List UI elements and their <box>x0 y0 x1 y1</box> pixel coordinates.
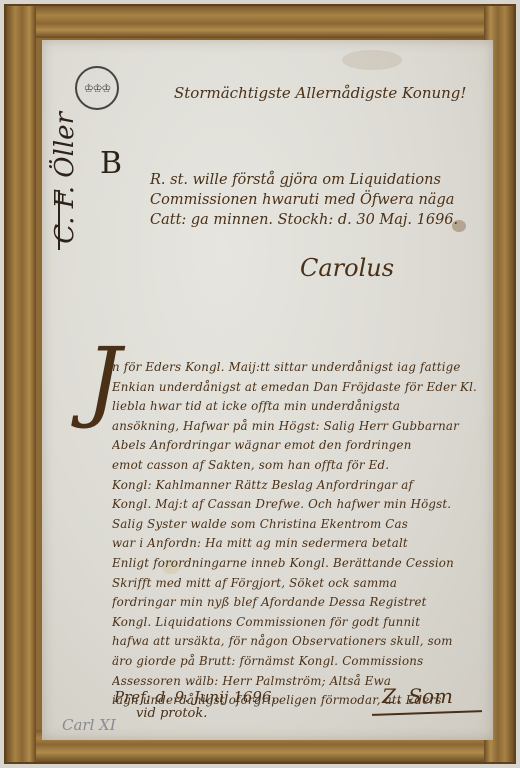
body-line: äro giorde på Brutt: förnämst Kongl. Com… <box>112 652 487 672</box>
body-line: Enligt forordningarne inneb Kongl. Berät… <box>112 554 487 574</box>
body-line: ansökning, Hafwar på min Högst: Salig He… <box>112 417 487 437</box>
three-crowns-icon: ♔♔♔ <box>84 82 111 95</box>
letter-body: n för Eders Kongl. Maij:tt sittar underd… <box>112 358 487 711</box>
body-line: Abels Anfordringar wägnar emot den fordr… <box>112 436 487 456</box>
frame-top-rail <box>6 6 514 38</box>
margin-letter: B <box>100 146 122 181</box>
body-line: fordringar min nyß blef Afordande Dessa … <box>112 593 487 613</box>
pencil-annotation: Carl XI <box>62 716 116 734</box>
body-line: Kongl. Liquidations Commissionen för god… <box>112 613 487 633</box>
resolution-line: Catt: ga minnen. Stockh: d. 30 Maj. 1696… <box>150 212 458 228</box>
body-line: war i Anfordn: Ha mitt ag min sedermera … <box>112 534 487 554</box>
frame-left-stile <box>6 6 36 762</box>
royal-signature: Carolus <box>300 254 394 282</box>
resolution-line: Commissionen hwaruti med Öfwera näga <box>150 192 454 208</box>
picture-frame: ♔♔♔ C. F. Öller B Stormächtigste Allernå… <box>4 4 516 764</box>
closing-date: Pref: d. 9. Junij 1696. <box>114 688 276 706</box>
margin-vertical-note: C. F. Öller <box>50 112 80 244</box>
signature-flourish <box>372 710 482 716</box>
body-line: Salig Syster walde som Christina Ekentro… <box>112 515 487 535</box>
body-line: Kongl: Kahlmanner Rättz Beslag Anfordrin… <box>112 476 487 496</box>
body-line: emot casson af Sakten, som han offta för… <box>112 456 487 476</box>
body-line: liebla hwar tid at icke offta min underd… <box>112 397 487 417</box>
closing-note: vid protok. <box>136 706 207 721</box>
body-line: hafwa att ursäkta, för någon Observation… <box>112 632 487 652</box>
body-line: Skrifft med mitt af Förgjort, Söket ock … <box>112 574 487 594</box>
resolution-line: R. st. wille förstå gjöra om Liquidation… <box>150 172 441 188</box>
manuscript-paper: ♔♔♔ C. F. Öller B Stormächtigste Allernå… <box>42 40 493 740</box>
closing-signature: Z. Som <box>382 684 453 708</box>
salutation: Stormächtigste Allernådigste Konung! <box>174 84 466 102</box>
body-line: Enkian underdånigst at emedan Dan Fröjda… <box>112 378 487 398</box>
paper-stain <box>342 50 402 70</box>
body-line: n för Eders Kongl. Maij:tt sittar underd… <box>112 358 487 378</box>
archive-stamp: ♔♔♔ <box>75 66 119 110</box>
margin-rule <box>58 190 60 250</box>
body-line: Kongl. Maj:t af Cassan Drefwe. Och hafwe… <box>112 495 487 515</box>
